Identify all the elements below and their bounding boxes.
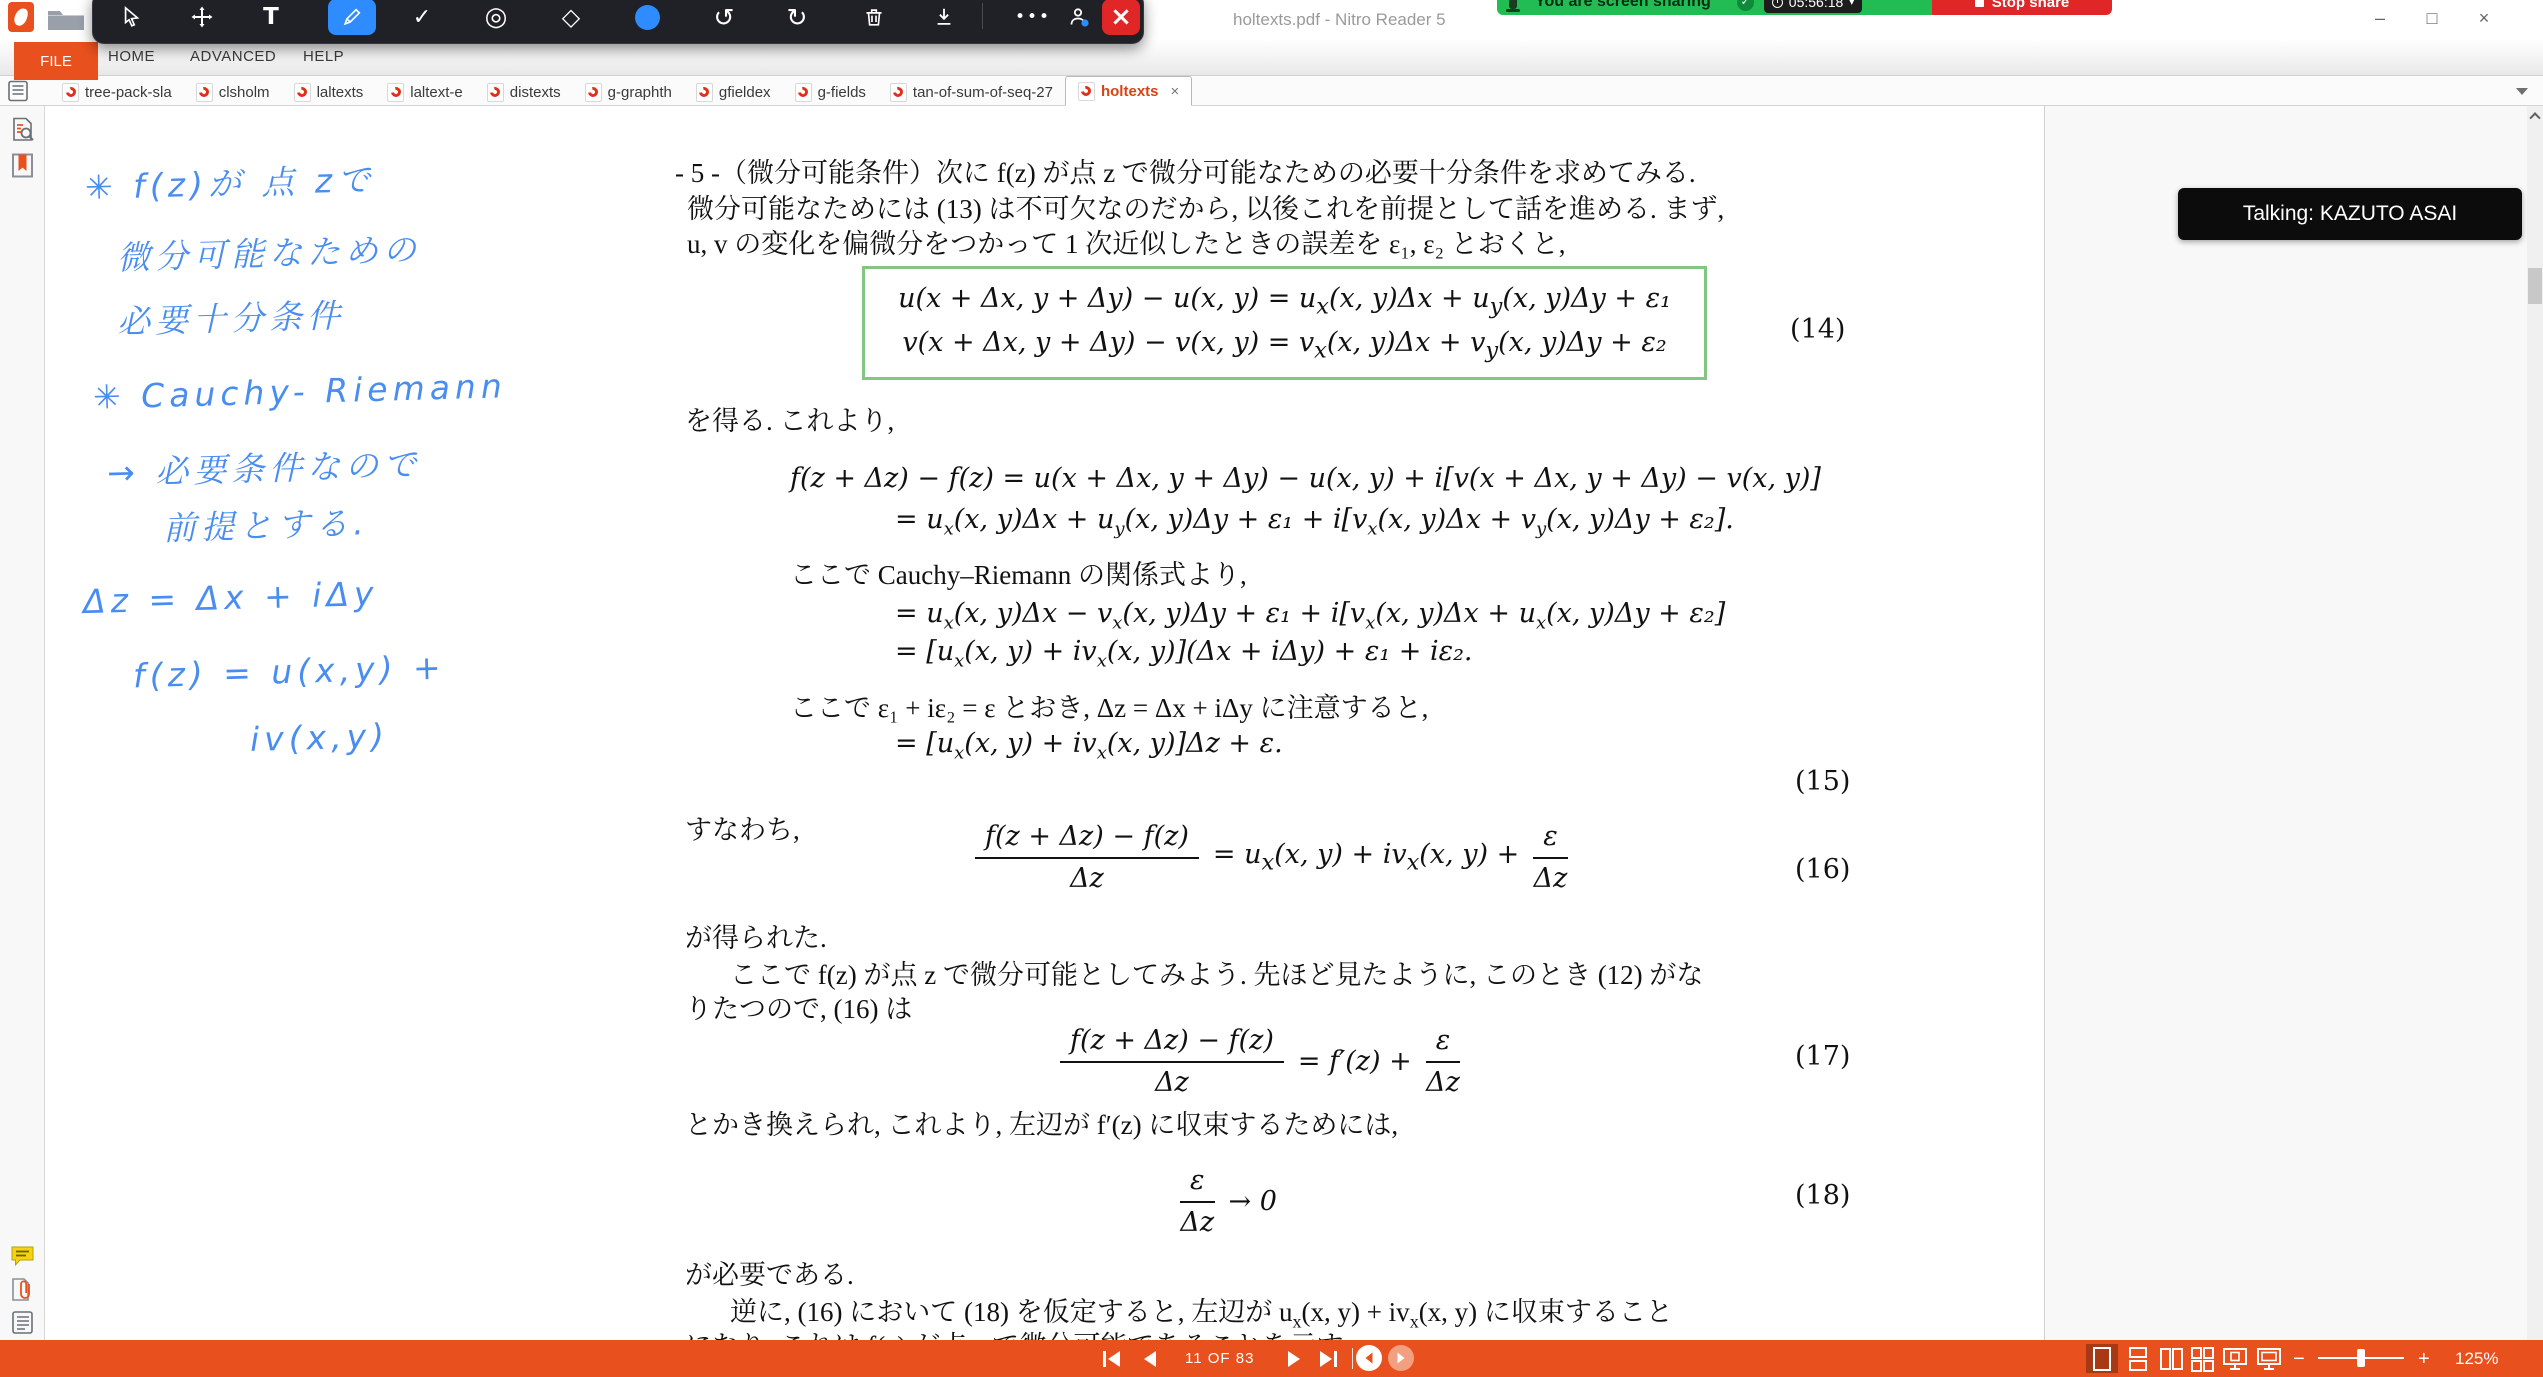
pdf-file-icon bbox=[62, 83, 79, 102]
stop-icon bbox=[1975, 0, 1984, 7]
text-tool[interactable]: T bbox=[251, 0, 291, 35]
annotation-toolbar: T ✓ ◎ ◇ ↺ ↻ ••• × bbox=[92, 0, 1144, 44]
equation-label-18: (18) bbox=[1795, 1180, 1850, 1211]
page-indicator: 11 OF 83 bbox=[1185, 1350, 1254, 1367]
pdf-file-icon bbox=[890, 83, 907, 102]
history-forward-button[interactable] bbox=[1388, 1345, 1414, 1371]
handwriting-line: iv(x,y) bbox=[249, 716, 389, 759]
handwriting-line: f(z) = u(x,y) + bbox=[133, 648, 447, 696]
pdf-file-icon bbox=[196, 83, 213, 102]
handwriting-line: 微分可能なための bbox=[116, 224, 421, 279]
nav-divider bbox=[1352, 1348, 1353, 1369]
tab-holtexts-active[interactable]: holtexts × bbox=[1065, 76, 1192, 106]
chevron-down-icon: ▾ bbox=[1849, 0, 1854, 8]
zoom-percent: 125% bbox=[2455, 1349, 2498, 1369]
tab-clsholm[interactable]: clsholm bbox=[184, 78, 282, 106]
equation-label-17: (17) bbox=[1795, 1041, 1850, 1072]
doc-line: すなわち, bbox=[685, 808, 800, 847]
pdf-file-icon bbox=[294, 83, 311, 102]
move-tool[interactable] bbox=[182, 0, 222, 35]
timer-value: 05:56:18 bbox=[1789, 0, 1844, 10]
pdf-page[interactable]: - 5 -（微分可能条件）次に f(z) が点 z で微分可能なための必要十分条… bbox=[45, 106, 2044, 1340]
doc-equation-line: = ux(x, y)Δx + uy(x, y)Δy + ε₁ + i[vx(x,… bbox=[895, 504, 1734, 539]
equation-label-14: (14) bbox=[1790, 314, 1845, 345]
tab-g-graphth[interactable]: g-graphth bbox=[573, 78, 684, 106]
tab-close-icon[interactable]: × bbox=[1171, 83, 1180, 100]
menu-help[interactable]: HELP bbox=[303, 48, 344, 65]
doc-line: ここで Cauchy–Riemann の関係式より, bbox=[790, 553, 1247, 592]
meeting-timer[interactable]: 05:56:18 ▾ bbox=[1764, 0, 1863, 13]
menu-file[interactable]: FILE bbox=[14, 42, 98, 80]
maximize-button[interactable]: □ bbox=[2421, 8, 2443, 29]
tab-distexts[interactable]: distexts bbox=[475, 78, 573, 106]
handwriting-line: → 必要条件なので bbox=[106, 439, 421, 495]
check-stamp-tool[interactable]: ✓ bbox=[402, 0, 442, 35]
pdf-file-icon bbox=[487, 83, 504, 102]
handwriting-line: Δz = Δx + iΔy bbox=[83, 574, 380, 621]
zoom-slider-handle[interactable] bbox=[2357, 1349, 2365, 1367]
handwriting-line: 必要十分条件 bbox=[116, 290, 345, 343]
handwriting-line: ✳ f(z)が 点 zで bbox=[84, 154, 375, 209]
equation-18: εΔz → 0 bbox=[1180, 1164, 1277, 1238]
view-continuous-button[interactable] bbox=[2122, 1344, 2154, 1373]
view-fit-width-button[interactable] bbox=[2253, 1344, 2285, 1373]
open-folder-icon[interactable] bbox=[46, 6, 86, 32]
previous-page-button[interactable] bbox=[1136, 1345, 1164, 1372]
pdf-file-icon bbox=[585, 83, 602, 102]
pdf-file-icon bbox=[696, 83, 713, 102]
draw-tool-selected[interactable] bbox=[328, 0, 376, 35]
doc-line: になり, これは f(z) が点 z で微分可能であることを示す. bbox=[685, 1324, 1350, 1340]
tab-label: clsholm bbox=[219, 84, 270, 101]
doc-line: りたつので, (16) は bbox=[685, 987, 912, 1026]
select-tool[interactable] bbox=[112, 0, 152, 35]
tab-label: laltext-e bbox=[410, 84, 463, 101]
equation-16: f(z + Δz) − f(z)Δz = ux(x, y) + ivx(x, y… bbox=[975, 820, 1568, 894]
screen-share-banner: You are screen sharing ✓ 05:56:18 ▾ bbox=[1497, 0, 1932, 15]
tab-label: holtexts bbox=[1101, 83, 1159, 100]
doc-line: が得られた. bbox=[685, 916, 827, 955]
doc-equation-line: = [ux(x, y) + ivx(x, y)](Δx + iΔy) + ε₁ … bbox=[895, 636, 1472, 671]
tab-label: tree-pack-sla bbox=[85, 84, 172, 101]
doc-line: ここで ε₁ + iε₂ = ε とおき, Δz = Δx + iΔy に注意す… bbox=[790, 686, 1428, 725]
view-grid-button[interactable] bbox=[2186, 1344, 2218, 1373]
scroll-up-button[interactable] bbox=[2527, 106, 2543, 124]
scroll-up-icon bbox=[2529, 112, 2540, 123]
tab-label: laltexts bbox=[317, 84, 364, 101]
equation-label-15: (15) bbox=[1795, 766, 1850, 797]
toolbar-divider bbox=[982, 3, 983, 29]
pdf-file-icon bbox=[795, 83, 812, 102]
vertical-scrollbar[interactable] bbox=[2527, 106, 2543, 1340]
doc-equation-line: = ux(x, y)Δx − vx(x, y)Δy + ε₁ + i[vx(x,… bbox=[895, 598, 1725, 633]
equation-17: f(z + Δz) − f(z)Δz = f′(z) + εΔz bbox=[1060, 1024, 1460, 1098]
trash-button[interactable] bbox=[854, 0, 894, 35]
tab-laltext-e[interactable]: laltext-e bbox=[375, 78, 475, 106]
tab-g-fields[interactable]: g-fields bbox=[783, 78, 878, 106]
menu-bar bbox=[0, 40, 2543, 76]
eraser-diamond-tool[interactable]: ◇ bbox=[551, 0, 591, 35]
tab-tan-of-sum-of-seq-27[interactable]: tan-of-sum-of-seq-27 bbox=[878, 78, 1065, 106]
doc-line: が必要である. bbox=[685, 1253, 854, 1292]
stop-share-button[interactable]: Stop share bbox=[1932, 0, 2112, 15]
comments-icon[interactable] bbox=[9, 1243, 36, 1270]
view-fit-page-button[interactable] bbox=[2219, 1344, 2251, 1373]
spotlight-tool[interactable]: ◎ bbox=[476, 0, 516, 35]
window-title: holtexts.pdf - Nitro Reader 5 bbox=[1233, 10, 1446, 30]
menu-home[interactable]: HOME bbox=[108, 48, 155, 65]
current-color-blue bbox=[635, 5, 660, 30]
close-annotation-button[interactable]: × bbox=[1102, 0, 1140, 35]
security-shield-icon: ✓ bbox=[1737, 0, 1754, 11]
talking-text: Talking: KAZUTO ASAI bbox=[2243, 202, 2457, 226]
nitro-app-icon bbox=[8, 2, 34, 32]
equation-14-line2: v(x + Δx, y + Δy) − v(x, y) = vx(x, y)Δx… bbox=[902, 327, 1666, 363]
equation-14-line1: u(x + Δx, y + Δy) − u(x, y) = ux(x, y)Δx… bbox=[898, 283, 1671, 319]
doc-equation-line: f(z + Δz) − f(z) = u(x + Δx, y + Δy) − u… bbox=[790, 463, 1821, 494]
history-back-button[interactable] bbox=[1356, 1345, 1382, 1371]
pages-panel-icon[interactable] bbox=[6, 79, 30, 103]
equation-14-highlight-box: u(x + Δx, y + Δy) − u(x, y) = ux(x, y)Δx… bbox=[862, 266, 1707, 380]
participants-annotate-button[interactable] bbox=[1059, 0, 1099, 35]
close-window-button[interactable]: × bbox=[2473, 8, 2495, 29]
menu-advanced[interactable]: ADVANCED bbox=[190, 48, 276, 65]
document-tab-bar: tree-pack-sla clsholm laltexts laltext-e… bbox=[0, 76, 2543, 106]
tab-overflow-icon[interactable] bbox=[2516, 88, 2528, 95]
doc-line: u, v の変化を偏微分をつかって 1 次近似したときの誤差を ε₁, ε₂ と… bbox=[687, 222, 1566, 261]
stop-share-label: Stop share bbox=[1992, 0, 2070, 11]
save-annotation-button[interactable] bbox=[924, 0, 964, 35]
first-page-button[interactable] bbox=[1098, 1345, 1126, 1372]
doc-line: を得る. これより, bbox=[685, 399, 894, 438]
pdf-file-icon bbox=[387, 83, 404, 102]
pdf-file-icon bbox=[1078, 82, 1095, 101]
redo-button[interactable]: ↻ bbox=[777, 0, 817, 35]
view-facing-button[interactable] bbox=[2155, 1344, 2187, 1373]
search-results-icon[interactable] bbox=[9, 116, 36, 143]
doc-line: - 5 -（微分可能条件）次に f(z) が点 z で微分可能なための必要十分条… bbox=[675, 151, 1696, 190]
undo-button[interactable]: ↺ bbox=[704, 0, 744, 35]
zoom-out-button[interactable]: − bbox=[2293, 1348, 2305, 1371]
bookmarks-icon[interactable] bbox=[9, 152, 36, 179]
minimize-button[interactable]: – bbox=[2369, 8, 2391, 29]
tab-tree-pack-sla[interactable]: tree-pack-sla bbox=[50, 78, 184, 106]
handwriting-line: ✳ Cauchy- Riemann bbox=[93, 366, 508, 417]
more-options-button[interactable]: ••• bbox=[1013, 0, 1053, 35]
share-message: You are screen sharing bbox=[1535, 0, 1711, 11]
clock-icon bbox=[1772, 0, 1783, 8]
attachments-icon[interactable] bbox=[9, 1276, 36, 1303]
tab-label: g-graphth bbox=[608, 84, 672, 101]
tab-gfieldex[interactable]: gfieldex bbox=[684, 78, 783, 106]
tab-label: g-fields bbox=[818, 84, 866, 101]
tab-label: distexts bbox=[510, 84, 561, 101]
next-page-button[interactable] bbox=[1280, 1345, 1308, 1372]
tab-laltexts[interactable]: laltexts bbox=[282, 78, 376, 106]
equation-label-16: (16) bbox=[1795, 854, 1850, 885]
bottom-navigation-bar: 11 OF 83 − + bbox=[0, 1340, 2543, 1377]
doc-line: とかき換えられ, これより, 左辺が f′(z) に収束するためには, bbox=[685, 1103, 1398, 1142]
doc-equation-line: = [ux(x, y) + ivx(x, y)]Δz + ε. bbox=[895, 728, 1283, 763]
last-page-button[interactable] bbox=[1314, 1345, 1342, 1372]
left-sidebar bbox=[0, 106, 45, 1340]
page-background-panel bbox=[2044, 106, 2527, 1340]
color-swatch[interactable] bbox=[627, 0, 667, 35]
tab-label: gfieldex bbox=[719, 84, 771, 101]
output-list-icon[interactable] bbox=[9, 1309, 36, 1336]
doc-line: 微分可能なためには (13) は不可欠なのだから, 以後これを前提として話を進め… bbox=[687, 187, 1724, 226]
view-single-page-button[interactable] bbox=[2086, 1344, 2118, 1373]
talking-indicator-overlay: Talking: KAZUTO ASAI bbox=[2178, 188, 2522, 240]
microphone-icon[interactable] bbox=[1509, 0, 1517, 9]
scrollbar-thumb[interactable] bbox=[2528, 268, 2542, 304]
handwriting-line: 前提とする. bbox=[162, 497, 369, 550]
zoom-in-button[interactable]: + bbox=[2418, 1348, 2430, 1371]
tab-label: tan-of-sum-of-seq-27 bbox=[913, 84, 1053, 101]
